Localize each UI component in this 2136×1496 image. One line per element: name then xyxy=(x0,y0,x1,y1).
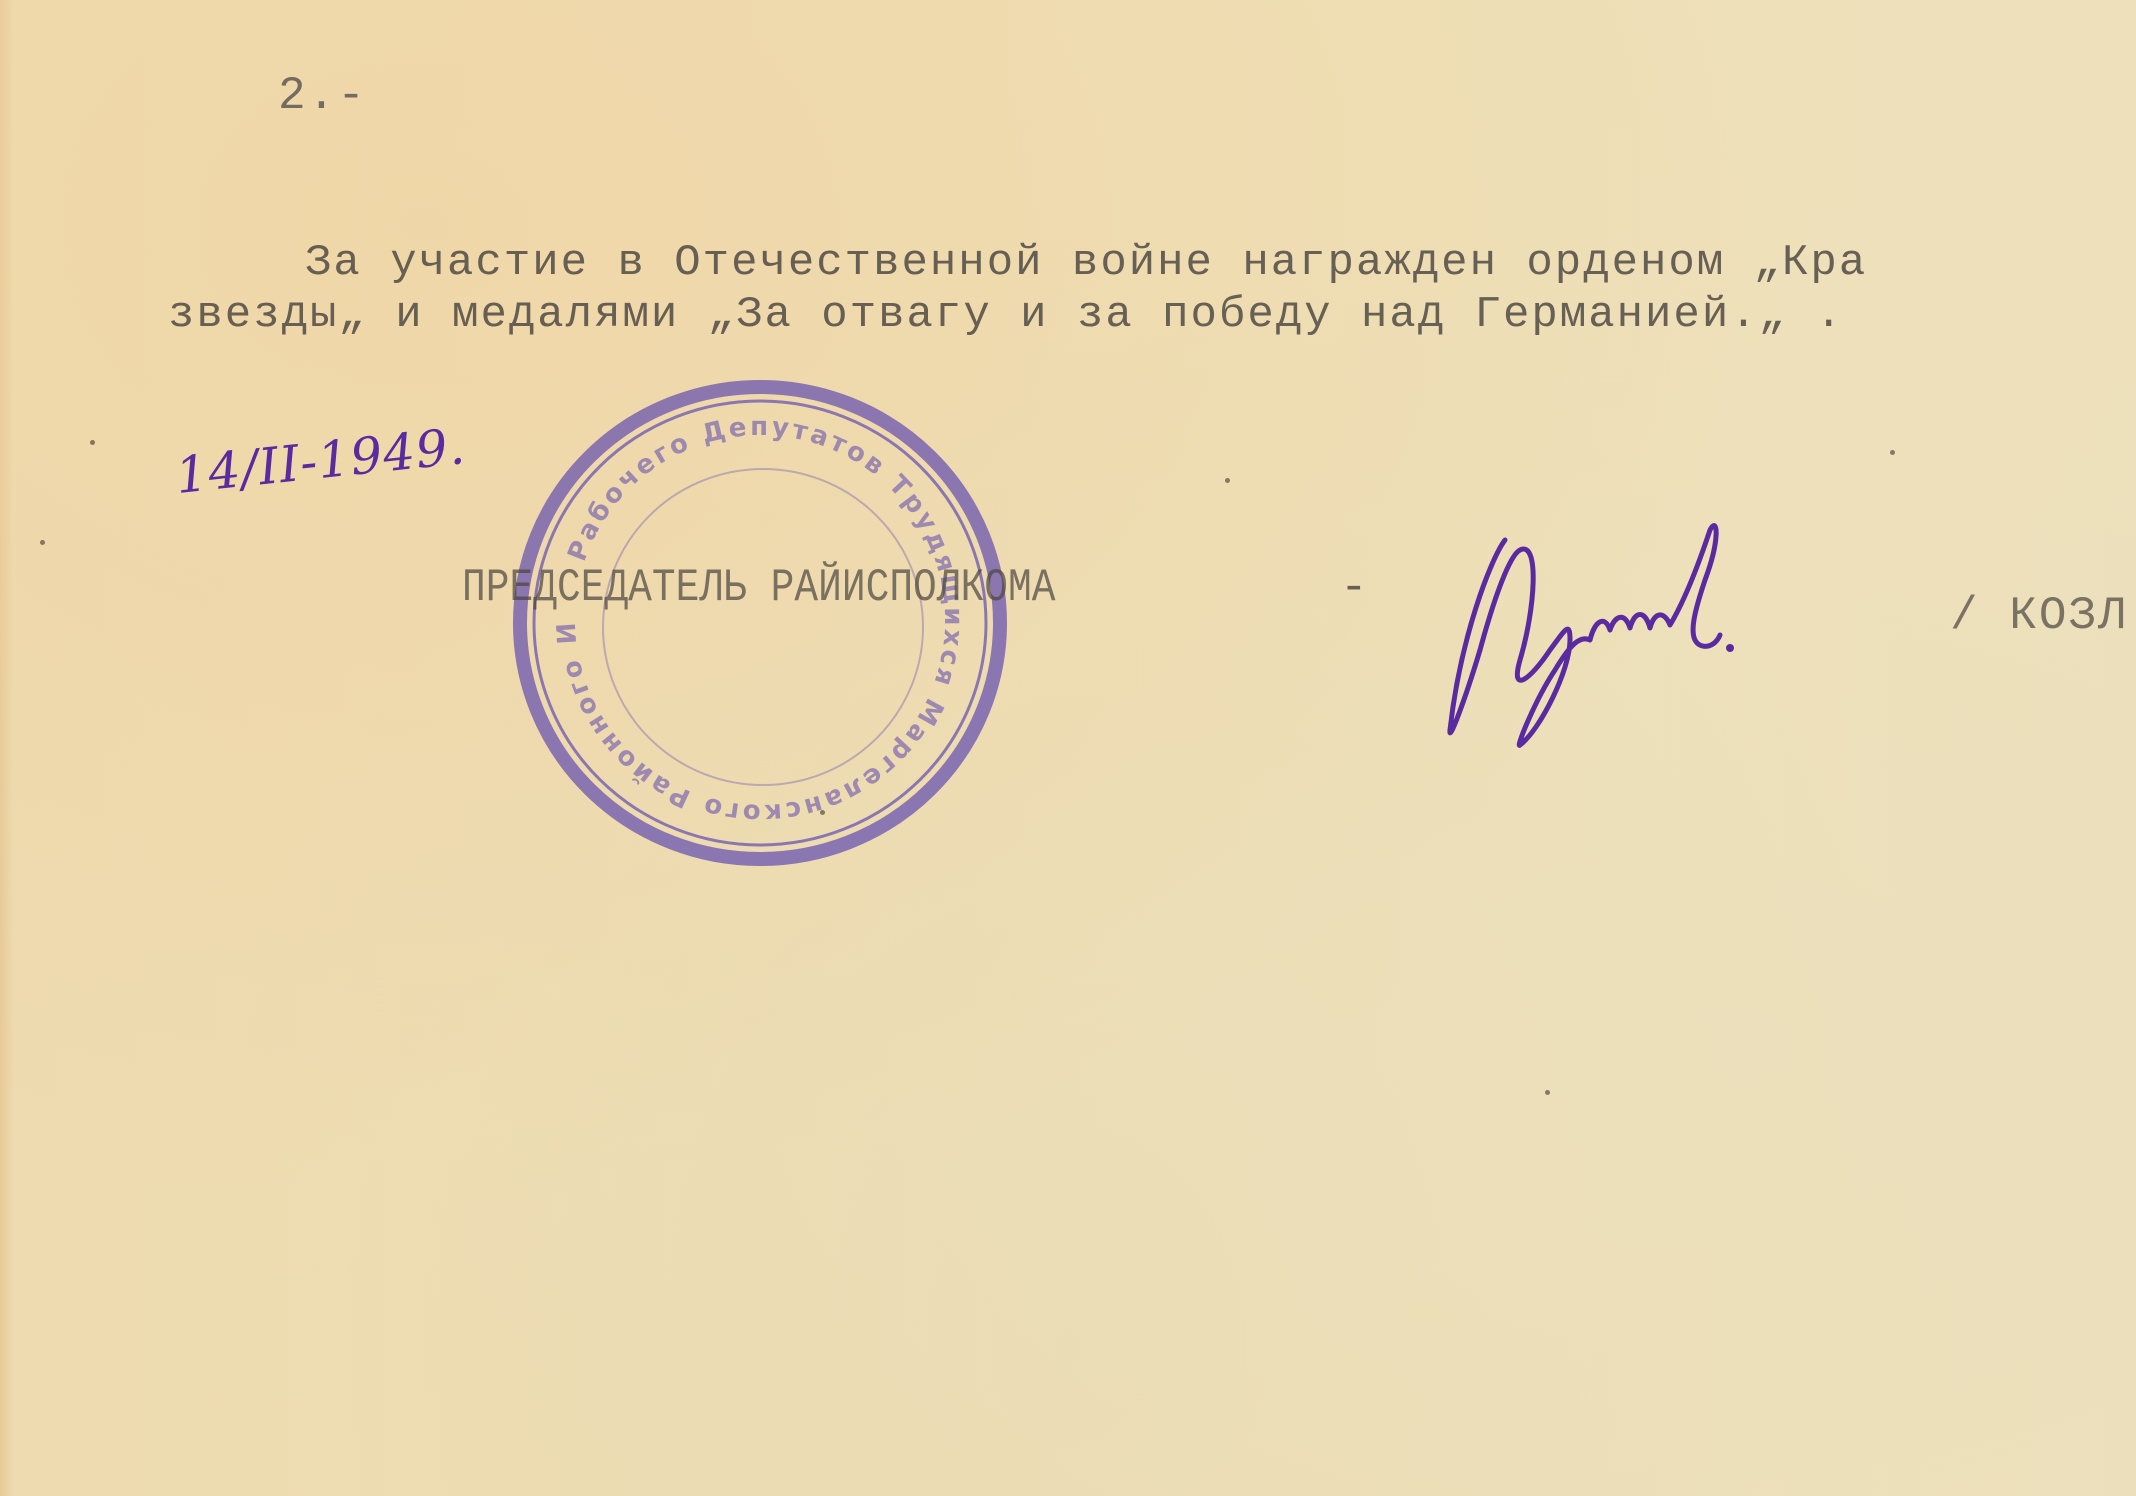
ink-speck xyxy=(40,540,45,545)
handwritten-date: 14/II-1949. xyxy=(173,417,468,505)
page-number: 2.- xyxy=(278,70,367,122)
ink-speck xyxy=(1545,1090,1550,1095)
body-text-line-2: звезды„ и медалями „За отвагу и за побед… xyxy=(168,290,1844,340)
body-text-line-1: За участие в Отечественной войне награжд… xyxy=(305,238,1867,288)
ink-speck xyxy=(820,810,825,815)
ink-speck xyxy=(90,440,95,445)
official-seal-stamp: Рабочего Депутатов Трудящихся Маргеланск… xyxy=(505,365,1015,875)
signatory-name: / КОЗЛ xyxy=(1950,590,2128,642)
handwritten-signature xyxy=(1420,500,1800,760)
ink-speck xyxy=(1890,450,1895,455)
ink-speck xyxy=(1225,478,1230,483)
title-dash: - xyxy=(1340,562,1370,614)
signatory-title: ПРЕДСЕДАТЕЛЬ РАЙИСПОЛКОМА xyxy=(462,562,1056,614)
